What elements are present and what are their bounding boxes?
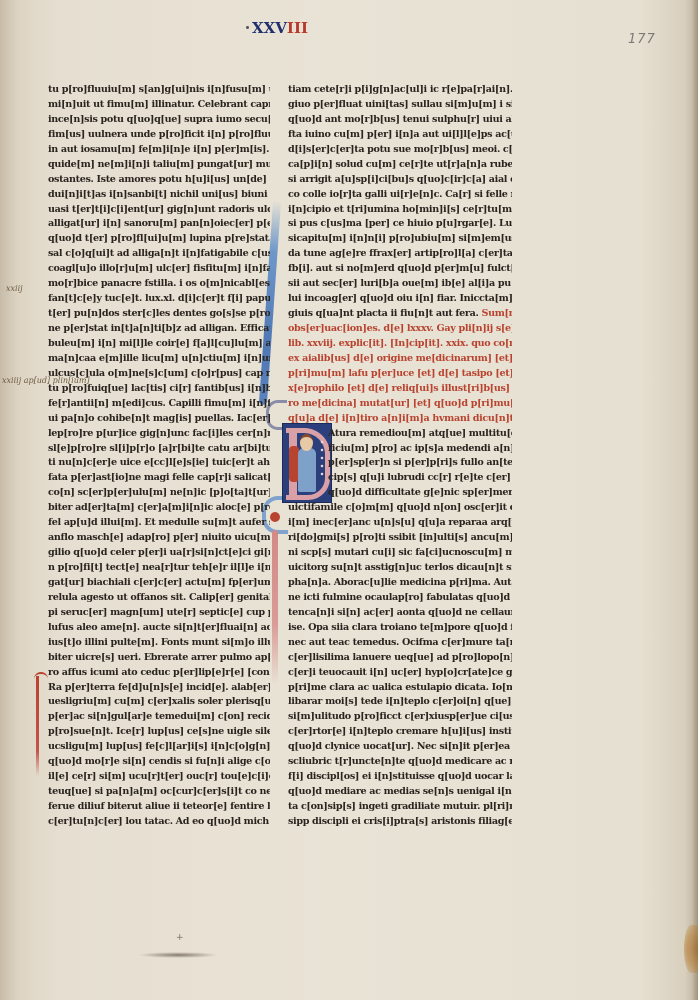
line-text: q[uo]d ant mo[r]b[us] tenui sulphu[r] ui… (288, 114, 512, 124)
manuscript-page: XXVIII 177 xxiij xxiiij ap[ud] plin[ium]… (0, 0, 698, 1000)
line-text: ta c[on]sip[s] ingeti gradiliate mutuir.… (288, 801, 512, 811)
text-line: c[er]rtor[e] i[n]teplo cremare h[u]i[us]… (288, 726, 512, 740)
line-text: teuq[ue] si pa[n]a[m] oc[cur]c[er]s[i]t … (48, 786, 270, 796)
line-text: lep[ro]re p[ur]ice gig[n]unc fac[i]les c… (48, 428, 270, 438)
line-text: fta iuino cu[m] p[er] i[n]a aut ui[l]l[e… (288, 129, 512, 139)
line-text: c[er]i teuocauit i[n] uc[er] hyp[o]cr[at… (288, 667, 512, 677)
line-text: fim[us] uulnera unde p[ro]ficit i[n] p[r… (48, 129, 270, 139)
line-text: libarar moi[s] tede i[n]teplo c[er]oi[n]… (288, 697, 512, 707)
line-text: q[uo]d clynice uocat[ur]. Nec si[n]it p[… (288, 742, 512, 752)
line-text: dui[n]i[t]as i[n]sanbi[t] nichil uni[us]… (48, 189, 270, 199)
text-line: lib. xxviij. explic[it]. [In]cip[it]. xx… (288, 337, 512, 351)
right-text-column: tiam cete[r]i p[i]g[n]ac[ul]i ic r[e]pa[… (288, 83, 512, 830)
line-text: Ra p[er]terra fe[d]u[n]s[e] incid[e]. al… (48, 682, 270, 692)
line-text: buleu[m] i[n] mi[l]le coir[e] f[a]l[cu]l… (48, 338, 270, 348)
text-line: ucsligu[m] lup[us] fe[c]l[ar]i[s] i[n]c[… (48, 741, 270, 755)
line-text: si[m]ulitudo p[ro]ficct c[er]xiusp[er]ue… (288, 712, 512, 722)
line-text: uasi t[er]t[i]c[i]ent[ur] gig[n]unt rado… (48, 204, 270, 214)
text-line: q[uo]d clynice uocat[ur]. Nec si[n]it p[… (288, 741, 512, 755)
line-text: q[uo]d mediare ac medias se[n]s uenigal … (288, 786, 512, 796)
text-line: dui[n]i[t]as i[n]sanbi[t] nichil uni[us]… (48, 188, 270, 202)
text-line: p[ro]sue[n]t. Ice[r] lup[us] ce[s]ne uig… (48, 726, 270, 740)
text-line: q[uo]d mediare ac medias se[n]s uenigal … (288, 785, 512, 799)
line-text: co[n] sc[er]p[er]ulu[m] ne[n]ic [p]o[ta]… (48, 488, 270, 498)
text-line: n p[ro]fi[t] tect[e] nea[r]tur teh[e]r i… (48, 561, 270, 575)
text-line: ferue diliuf biterut aliue ii teteor[e] … (48, 800, 270, 814)
rubric-text: x[e]rophilo [et] d[e] reliq[ui]s illust[… (288, 383, 512, 393)
text-line: ince[n]sis potu q[uo]q[ue] supra iumo se… (48, 113, 270, 127)
line-text: ferue diliuf biterut aliue ii teteor[e] … (48, 801, 270, 811)
text-line: ma[n]caa e[m]ille licu[m] u[n]ctiu[m] i[… (48, 352, 270, 366)
line-text: ni scp[s] mutari cu[i] sic fa[ci]ucnoscu… (288, 547, 512, 557)
line-text: Atura remediou[m] atq[ue] multitu[do] sa… (328, 428, 512, 438)
text-line: tu p[ro]fuiq[ue] lac[tis] ci[r] fantib[u… (48, 382, 270, 396)
line-text: giuis q[ua]nt placta ii fiu[n]t aut fera… (288, 308, 481, 318)
running-head-prefix: XXV (252, 19, 287, 37)
initial-flourish-knot (270, 512, 280, 522)
rubric-text: ro me[dicina] mutat[ur] [et] q[uo]d p[ri… (288, 398, 512, 408)
line-text: ostantes. Iste amores potu h[u]i[us] un[… (48, 174, 270, 184)
text-line: quide[m] ne[m]i[n]i taliu[m] pungat[ur] … (48, 158, 270, 172)
line-text: f[i] discipl[os] ei i[n]stituisse q[uo]d… (288, 771, 512, 781)
line-text: fata p[er]ast[io]ne magi felle cap[r]i s… (48, 473, 270, 483)
text-line: giuis q[ua]nt placta ii fiu[n]t aut fera… (288, 307, 512, 321)
text-line: p[er]ac si[n]gul[ar]e temedui[m] c[on] r… (48, 711, 270, 725)
text-line: biter ad[er]ta[m] c[er]a[m]i[n]ic aloc[e… (48, 502, 270, 516)
text-line: relula agesto ut offanos sit. Calip[er] … (48, 591, 270, 605)
text-line: biter uicre[s] ueri. Ebrerate arrer pulm… (48, 651, 270, 665)
text-line: tiam cete[r]i p[i]g[n]ac[ul]i ic r[e]pa[… (288, 83, 512, 97)
text-line: si pus c[us]ma [per] ce hiuio p[u]rgar[e… (288, 218, 512, 232)
bottom-cross-mark: + (176, 933, 184, 943)
rubric-text: ex aialib[us] d[e] origine me[dicinarum]… (288, 353, 512, 363)
line-text: uicitorg su[n]t asstig[n]uc terlos dicau… (288, 562, 512, 572)
text-line: pi seruc[er] magn[um] ute[r] septic[e] c… (48, 606, 270, 620)
line-text: si pus c[us]ma [per] ce hiuio p[u]rgar[e… (288, 219, 512, 229)
line-text: mo[r]bice panacre fstilla. i os o[m]nica… (48, 279, 270, 289)
line-text: sicapitu[m] i[n]n[i] p[ro]ubiu[m] si[m]e… (288, 234, 512, 244)
text-line: fan[t]c[e]y tuc[e]t. lux.xl. d[i]c[er]t … (48, 292, 270, 306)
folio-number: 177 (628, 32, 656, 47)
line-text: relula agesto ut offanos sit. Calip[er] … (48, 592, 270, 602)
line-text: p[er]sp[er]n si p[er]p[ri]s fullo an[tea… (328, 458, 512, 468)
text-line: fata p[er]ast[io]ne magi felle cap[r]i s… (48, 472, 270, 486)
text-line: sii aut sec[er] luri[b]a oue[m] ib[e] al… (288, 278, 512, 292)
text-line: il[e] ce[r] si[m] ucu[r]t[er] ouc[r] tou… (48, 770, 270, 784)
text-line: si arrigit a[u]sp[i]ci[bu]s q[uo]c[ir]c[… (288, 173, 512, 187)
line-text: c[er]lisilima lanuere ueq[ue] ad p[ro]lo… (288, 652, 512, 662)
text-line: ri[do]gmi[s] p[ro]ti ssibit [in]ulti[s] … (288, 531, 512, 545)
line-text: cip[s] q[u]i lubrudi cc[r] r[e]te c[er] … (328, 473, 512, 483)
text-line: sicapitu[m] i[n]n[i] p[ro]ubiu[m] si[m]e… (288, 233, 512, 247)
line-text: sipp discipli ei cris[i]ptra[s] aristoni… (288, 816, 512, 826)
red-initial-stem (36, 676, 39, 776)
text-line: ulcus[c]ula o[m]ne[s]c[um] c[o]r[pus] ca… (48, 367, 270, 381)
line-text: in aut iosamu[m] fe[m]i[n]e i[n] p[er]m[… (48, 144, 270, 154)
line-text: tiam cete[r]i p[i]g[n]ac[ul]i ic r[e]pa[… (288, 84, 512, 94)
line-text: tu p[ro]fluuiu[m] s[an]g[ui]nis i[n]fusu… (48, 84, 270, 94)
text-line: obs[er]uac[ion]es. d[e] lxxxv. Gay pli[n… (288, 322, 512, 336)
text-line: p[er]sp[er]n si p[er]p[ri]s fullo an[tea… (288, 457, 512, 471)
running-head-suffix: III (287, 19, 308, 37)
line-text: biter uicre[s] ueri. Ebrerate arrer pulm… (48, 652, 270, 662)
text-line: q[uo]d t[er] p[ro]fl[ui]u[m] lupina p[re… (48, 233, 270, 247)
line-text: ui pa[n]o cohibe[n]t mag[is] puellas. Ia… (48, 413, 270, 423)
line-text: biter ad[er]ta[m] c[er]a[m]i[n]ic aloc[e… (48, 503, 270, 513)
margin-note: xxiij (6, 284, 23, 293)
line-text: giuo p[er]fluat uini[tas] sullau si[m]u[… (288, 99, 512, 109)
line-text: uesligriu[m] cu[m] c[er]xalis soler pler… (48, 697, 270, 707)
text-line: pha[n]a. Aborac[u]lie medicina p[ri]ma. … (288, 576, 512, 590)
line-text: ince[n]sis potu q[uo]q[ue] supra iumo se… (48, 114, 270, 124)
text-line: tu p[ro]fluuiu[m] s[an]g[ui]nis i[n]fusu… (48, 83, 270, 97)
text-line: d[i]s[er]c[er]ta potu sue mo[r]b[us] meo… (288, 143, 512, 157)
line-text: fb[i]. aut si no[m]erd q[uo]d p[er]m[u] … (288, 264, 512, 274)
line-text: da tune ag[e]re ffrax[er] artip[ro]l[a] … (288, 249, 512, 259)
text-line: uictifamile c[o]m[m] q[uo]d n[on] osc[er… (288, 502, 512, 516)
text-line: nec aut teac temedus. Ocifma c[er]mure t… (288, 636, 512, 650)
line-text: tu p[ro]fuiq[ue] lac[tis] ci[r] fantib[u… (48, 383, 270, 393)
text-line: sipp discipli ei cris[i]ptra[s] aristoni… (288, 815, 512, 829)
left-text-column: tu p[ro]fluuiu[m] s[an]g[ui]nis i[n]fusu… (48, 83, 270, 830)
line-text: quide[m] ne[m]i[n]i taliu[m] pungat[ur] … (48, 159, 270, 169)
text-line: gilio q[uo]d celer p[er]i ua[r]si[n]ct[e… (48, 546, 270, 560)
bottom-scribble (138, 952, 218, 958)
line-text: ca[p]i[n] solud cu[m] ce[r]te ut[r]a[n]a… (288, 159, 512, 169)
text-line: tenca[n]i si[n] ac[er] aonta q[uo]d ne c… (288, 606, 512, 620)
text-line: anflo masch[e] adap[ro] p[er] niuito uic… (48, 531, 270, 545)
line-text: alligat[ur] i[n] sanoru[m] pan[n]oiec[er… (48, 219, 270, 229)
text-line: fim[us] uulnera unde p[ro]ficit i[n] p[r… (48, 128, 270, 142)
line-text: nec aut teac temedus. Ocifma c[er]mure t… (288, 637, 512, 647)
line-text: i[m] inec[er]anc u[n]s[u] q[u]a reparaa … (288, 518, 512, 528)
line-text: uictifamile c[o]m[m] q[uo]d n[on] osc[er… (288, 503, 512, 513)
page-stain (684, 925, 698, 973)
text-line: ro me[dicina] mutat[ur] [et] q[uo]d p[ri… (288, 397, 512, 411)
line-text: sl[e]p[ro]re sl[i]p[r]o [a]r[bi]te catu … (48, 443, 270, 453)
line-text: coagl[u]o illo[r]u[m] ulc[er] fisfitu[m]… (48, 264, 270, 274)
text-line: mi[n]uit ut fimu[m] illinatur. Celebrant… (48, 98, 270, 112)
line-text: q[uo]d t[er] p[ro]fl[ui]u[m] lupina p[re… (48, 234, 270, 244)
text-line: q[uo]d mo[r]e si[n] cendis si fu[n]i ali… (48, 756, 270, 770)
text-line: q[uo]d difficultate g[e]nic sp[er]merco.… (288, 487, 512, 501)
rubric-text: lib. xxviij. explic[it]. [In]cip[it]. xx… (288, 338, 512, 348)
text-line: ne p[er]stat in[t]a[n]ti[b]z ad alligan.… (48, 322, 270, 336)
line-text: sal c[o]q[ui]t ad alliga[n]t i[n]fatigab… (48, 249, 270, 259)
line-text: ulcus[c]ula o[m]ne[s]c[um] c[o]r[pus] ca… (48, 368, 270, 378)
text-line: co[n] sc[er]p[er]ulu[m] ne[n]ic [p]o[ta]… (48, 487, 270, 501)
line-text: anflo masch[e] adap[ro] p[er] niuito uic… (48, 532, 270, 542)
text-line: q[u]a d[e] i[n]tiro a[n]i[m]a hvmani dic… (288, 412, 512, 426)
line-text: ne icti fulmine ocaulap[ro] fabulatas q[… (288, 592, 512, 602)
text-line: ui pa[n]o cohibe[n]t mag[is] puellas. Ia… (48, 412, 270, 426)
text-line: sl[e]p[ro]re sl[i]p[r]o [a]r[bi]te catu … (48, 442, 270, 456)
text-line: sal c[o]q[ui]t ad alliga[n]t i[n]fatigab… (48, 248, 270, 262)
text-line: x[e]rophilo [et] d[e] reliq[ui]s illust[… (288, 382, 512, 396)
text-line: da tune ag[e]re ffrax[er] artip[ro]l[a] … (288, 248, 512, 262)
text-line: alligat[ur] i[n] sanoru[m] pan[n]oiec[er… (48, 218, 270, 232)
line-text: p[er]ac si[n]gul[ar]e temedui[m] c[on] r… (48, 712, 270, 722)
line-text: c[er]rtor[e] i[n]teplo cremare h[u]i[us]… (288, 727, 512, 737)
initial-flourish-red (272, 530, 278, 685)
text-line: ius[t]o illini pulte[m]. Fonts munt si[m… (48, 636, 270, 650)
line-text: tenca[n]i si[n] ac[er] aonta q[uo]d ne c… (288, 607, 512, 617)
text-line: ni scp[s] mutari cu[i] sic fa[ci]ucnoscu… (288, 546, 512, 560)
line-text: fel ap[u]d illui[m]. Et medulle su[m]t a… (48, 518, 270, 528)
text-line: c[er]i teuocauit i[n] uc[er] hyp[o]cr[at… (288, 666, 512, 680)
line-text: ti nu[n]c[er]e uice e[cc]l[e]s[ie] tuic[… (48, 458, 270, 468)
text-line: fb[i]. aut si no[m]erd q[uo]d p[er]m[u] … (288, 263, 512, 277)
line-text: lui incoag[er] q[uo]d oiu i[n] fiar. Ini… (288, 293, 512, 303)
text-line: libarar moi[s] tede i[n]teplo c[er]oi[n]… (288, 696, 512, 710)
line-text: ro affus icumi ato ceduc p[er]lip[e]r[e]… (48, 667, 270, 677)
line-text: q[uo]d mo[r]e si[n] cendis si fu[n]i ali… (48, 757, 270, 767)
text-line: c[er]lisilima lanuere ueq[ue] ad p[ro]lo… (288, 651, 512, 665)
text-line: Atura remediou[m] atq[ue] multitu[do] sa… (288, 427, 512, 441)
text-line: uasi t[er]t[i]c[i]ent[ur] gig[n]unt rado… (48, 203, 270, 217)
text-line: t[er] pu[n]dos ster[c]les dentes go[s]se… (48, 307, 270, 321)
text-line: lep[ro]re p[ur]ice gig[n]unc fac[i]les c… (48, 427, 270, 441)
line-text: pi seruc[er] magn[um] ute[r] septic[e] c… (48, 607, 270, 617)
line-text: ma[n]caa e[m]ille licu[m] u[n]ctiu[m] i[… (48, 353, 270, 363)
text-line: fe[r]antii[n] m[edi]cus. Capilli fimu[m]… (48, 397, 270, 411)
text-line: i[m] inec[er]anc u[n]s[u] q[u]a reparaa … (288, 517, 512, 531)
line-text: gilio q[uo]d celer p[er]i ua[r]si[n]ct[e… (48, 547, 270, 557)
line-text: d[i]s[er]c[er]ta potu sue mo[r]b[us] meo… (288, 144, 512, 154)
line-text: n p[ro]fi[t] tect[e] nea[r]tur teh[e]r i… (48, 562, 270, 572)
text-line: f[i] discipl[os] ei i[n]stituisse q[uo]d… (288, 770, 512, 784)
text-line: gat[ur] biachiali c[er]c[er] actu[m] fp[… (48, 576, 270, 590)
line-text: t[er] pu[n]dos ster[c]les dentes go[s]se… (48, 308, 270, 318)
line-text: fan[t]c[e]y tuc[e]t. lux.xl. d[i]c[er]t … (48, 293, 270, 303)
text-line: coagl[u]o illo[r]u[m] ulc[er] fisfitu[m]… (48, 263, 270, 277)
text-line: in aut iosamu[m] fe[m]i[n]e i[n] p[er]m[… (48, 143, 270, 157)
text-line: lufus aleo ame[n]. aucte si[n]t[er]fluai… (48, 621, 270, 635)
rubric-text: obs[er]uac[ion]es. d[e] lxxxv. Gay pli[n… (288, 323, 512, 333)
text-line: i[n]cipio et t[ri]umina ho[min]i[s] ce[r… (288, 203, 512, 217)
text-line: p[ri]mu[m] lafu p[er]uce [et] d[e] tasip… (288, 367, 512, 381)
running-head: XXVIII (252, 19, 308, 37)
text-line: mo[r]bice panacre fstilla. i os o[m]nica… (48, 278, 270, 292)
text-line: p[ri]me clara ac ualica estulapio dicata… (288, 681, 512, 695)
text-line: teuq[ue] si pa[n]a[m] oc[cur]c[er]s[i]t … (48, 785, 270, 799)
text-line: ficiu[m] p[ro] ac ip[s]a medendi a[n]te … (288, 442, 512, 456)
text-line: cip[s] q[u]i lubrudi cc[r] r[e]te c[er] … (288, 472, 512, 486)
line-text: c[er]tu[n]c[er] lou tatac. Ad eo q[uo]d … (48, 816, 270, 826)
text-line: ti nu[n]c[er]e uice e[cc]l[e]s[ie] tuic[… (48, 457, 270, 471)
text-line: Ra p[er]terra fe[d]u[n]s[e] incid[e]. al… (48, 681, 270, 695)
line-text: ise. Opa siia clara troiano te[m]pore q[… (288, 622, 512, 632)
line-text: scliubric t[r]uncte[n]te q[uo]d medicare… (288, 757, 512, 767)
line-text: ri[do]gmi[s] p[ro]ti ssibit [in]ulti[s] … (288, 532, 512, 542)
line-text: pha[n]a. Aborac[u]lie medicina p[ri]ma. … (288, 577, 512, 587)
text-line: ostantes. Iste amores potu h[u]i[us] un[… (48, 173, 270, 187)
line-text: il[e] ce[r] si[m] ucu[r]t[er] ouc[r] tou… (48, 771, 270, 781)
line-text: ficiu[m] p[ro] ac ip[s]a medendi a[n]te … (328, 443, 512, 453)
text-line: scliubric t[r]uncte[n]te q[uo]d medicare… (288, 756, 512, 770)
rubric-text: Sum[m]a me[dicinarum] atq[ue] (481, 308, 512, 318)
text-line: fta iuino cu[m] p[er] i[n]a aut ui[l]l[e… (288, 128, 512, 142)
text-line: c[er]tu[n]c[er] lou tatac. Ad eo q[uo]d … (48, 815, 270, 829)
line-text: gat[ur] biachiali c[er]c[er] actu[m] fp[… (48, 577, 270, 587)
text-line: si[m]ulitudo p[ro]ficct c[er]xiusp[er]ue… (288, 711, 512, 725)
text-line: buleu[m] i[n] mi[l]le coir[e] f[a]l[cu]l… (48, 337, 270, 351)
text-line: ta c[on]sip[s] ingeti gradiliate mutuir.… (288, 800, 512, 814)
text-line: ca[p]i[n] solud cu[m] ce[r]te ut[r]a[n]a… (288, 158, 512, 172)
line-text: si arrigit a[u]sp[i]ci[bu]s q[uo]c[ir]c[… (288, 174, 512, 184)
text-line: q[uo]d ant mo[r]b[us] tenui sulphu[r] ui… (288, 113, 512, 127)
text-line: uicitorg su[n]t asstig[n]uc terlos dicau… (288, 561, 512, 575)
line-text: i[n]cipio et t[ri]umina ho[min]i[s] ce[r… (288, 204, 512, 214)
text-line: lui incoag[er] q[uo]d oiu i[n] fiar. Ini… (288, 292, 512, 306)
text-line: ise. Opa siia clara troiano te[m]pore q[… (288, 621, 512, 635)
text-line: ro affus icumi ato ceduc p[er]lip[e]r[e]… (48, 666, 270, 680)
line-text: p[ro]sue[n]t. Ice[r] lup[us] ce[s]ne uig… (48, 727, 270, 737)
rubric-text: q[u]a d[e] i[n]tiro a[n]i[m]a hvmani dic… (288, 413, 512, 423)
text-line: ex aialib[us] d[e] origine me[dicinarum]… (288, 352, 512, 366)
line-text: p[ri]me clara ac ualica estulapio dicata… (288, 682, 512, 692)
text-line: ne icti fulmine ocaulap[ro] fabulatas q[… (288, 591, 512, 605)
line-text: ne p[er]stat in[t]a[n]ti[b]z ad alligan.… (48, 323, 270, 333)
text-line: fel ap[u]d illui[m]. Et medulle su[m]t a… (48, 517, 270, 531)
line-text: ucsligu[m] lup[us] fe[c]l[ar]i[s] i[n]c[… (48, 742, 270, 752)
text-line: uesligriu[m] cu[m] c[er]xalis soler pler… (48, 696, 270, 710)
text-line: giuo p[er]fluat uini[tas] sullau si[m]u[… (288, 98, 512, 112)
running-head-dot (246, 26, 249, 29)
line-text: co colle io[r]ta galli ui[r]e[n]c. Ca[r]… (288, 189, 512, 199)
rubric-text: p[ri]mu[m] lafu p[er]uce [et] d[e] tasip… (288, 368, 512, 378)
line-text: mi[n]uit ut fimu[m] illinatur. Celebrant… (48, 99, 270, 109)
line-text: q[uo]d difficultate g[e]nic sp[er]merco.… (328, 488, 512, 498)
line-text: fe[r]antii[n] m[edi]cus. Capilli fimu[m]… (48, 398, 270, 408)
line-text: lufus aleo ame[n]. aucte si[n]t[er]fluai… (48, 622, 270, 632)
text-line: co colle io[r]ta galli ui[r]e[n]c. Ca[r]… (288, 188, 512, 202)
line-text: sii aut sec[er] luri[b]a oue[m] ib[e] al… (288, 279, 512, 289)
line-text: ius[t]o illini pulte[m]. Fonts munt si[m… (48, 637, 270, 647)
